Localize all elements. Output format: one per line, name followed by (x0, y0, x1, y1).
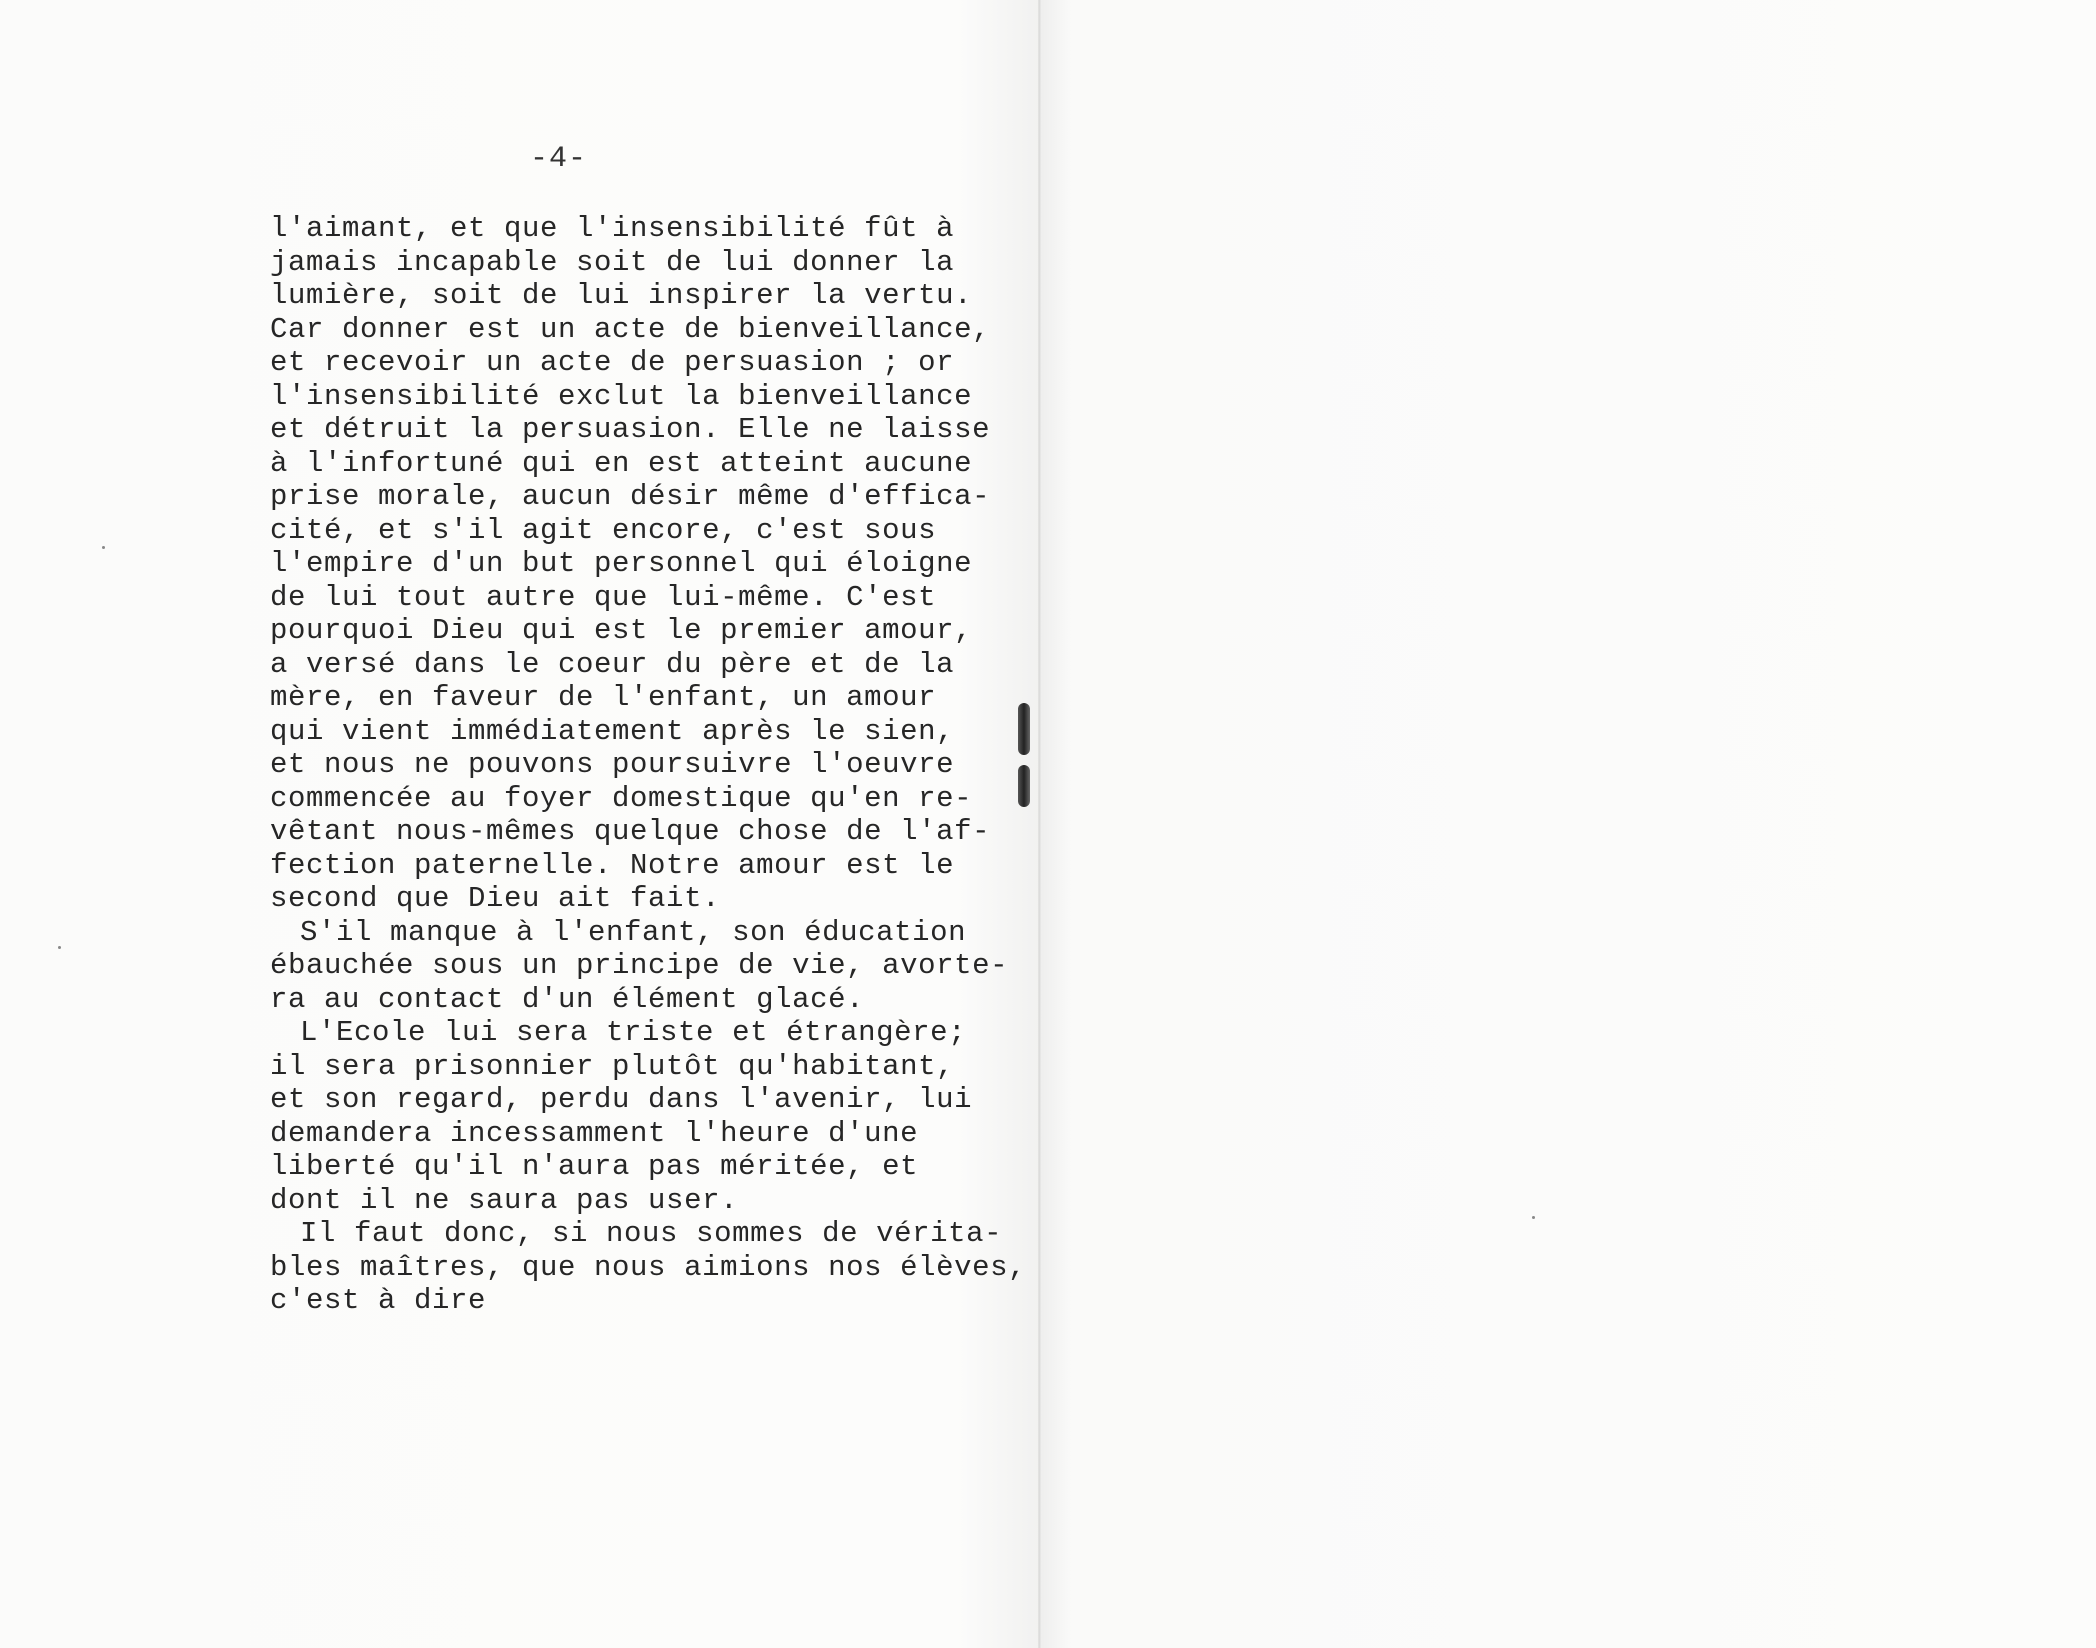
center-fold (1038, 0, 1041, 1648)
right-page: -5- que nous portions à leur avancement … (1040, 0, 2096, 1648)
text-line: fection paternelle. Notre amour est le (270, 849, 1026, 883)
text-line: et son regard, perdu dans l'avenir, lui (270, 1083, 1026, 1117)
paper-speck (102, 546, 105, 549)
text-line: commencée au foyer domestique qu'en re- (270, 782, 1026, 816)
text-line: qui vient immédiatement après le sien, (270, 715, 1026, 749)
text-line: ra au contact d'un élément glacé. (270, 983, 1026, 1017)
paper-speck (58, 946, 61, 949)
text-line: a versé dans le coeur du père et de la (270, 648, 1026, 682)
staple-icon (1018, 703, 1030, 755)
left-page: -4- l'aimant, et que l'insensibilité fût… (0, 0, 1040, 1648)
text-line: bles maîtres, que nous aimions nos élève… (270, 1251, 1026, 1285)
staple-icon (1018, 765, 1030, 807)
text-line: l'aimant, et que l'insensibilité fût à (270, 212, 1026, 246)
text-line: pourquoi Dieu qui est le premier amour, (270, 614, 1026, 648)
text-line: prise morale, aucun désir même d'effica- (270, 480, 1026, 514)
text-line: cité, et s'il agit encore, c'est sous (270, 514, 1026, 548)
text-line: ébauchée sous un principe de vie, avorte… (270, 949, 1026, 983)
booklet-spread: -4- l'aimant, et que l'insensibilité fût… (0, 0, 2096, 1648)
page-number-left: -4- (530, 142, 587, 176)
paper-speck (1532, 1216, 1535, 1219)
text-line: jamais incapable soit de lui donner la (270, 246, 1026, 280)
text-line: l'empire d'un but personnel qui éloigne (270, 547, 1026, 581)
text-line: lumière, soit de lui inspirer la vertu. (270, 279, 1026, 313)
text-line: second que Dieu ait fait. (270, 882, 1026, 916)
text-line: il sera prisonnier plutôt qu'habitant, (270, 1050, 1026, 1084)
left-page-text: l'aimant, et que l'insensibilité fût àja… (270, 212, 1026, 1318)
text-line: L'Ecole lui sera triste et étrangère; (270, 1016, 1026, 1050)
text-line: liberté qu'il n'aura pas méritée, et (270, 1150, 1026, 1184)
text-line: S'il manque à l'enfant, son éducation (270, 916, 1026, 950)
text-line: c'est à dire (270, 1284, 1026, 1318)
text-line: l'insensibilité exclut la bienveillance (270, 380, 1026, 414)
text-line: dont il ne saura pas user. (270, 1184, 1026, 1218)
text-line: de lui tout autre que lui-même. C'est (270, 581, 1026, 615)
text-line: Car donner est un acte de bienveillance, (270, 313, 1026, 347)
text-line: et nous ne pouvons poursuivre l'oeuvre (270, 748, 1026, 782)
text-line: et recevoir un acte de persuasion ; or (270, 346, 1026, 380)
text-line: Il faut donc, si nous sommes de vérita- (270, 1217, 1026, 1251)
text-line: et détruit la persuasion. Elle ne laisse (270, 413, 1026, 447)
text-line: vêtant nous-mêmes quelque chose de l'af- (270, 815, 1026, 849)
text-line: demandera incessamment l'heure d'une (270, 1117, 1026, 1151)
text-line: à l'infortuné qui en est atteint aucune (270, 447, 1026, 481)
text-line: mère, en faveur de l'enfant, un amour (270, 681, 1026, 715)
